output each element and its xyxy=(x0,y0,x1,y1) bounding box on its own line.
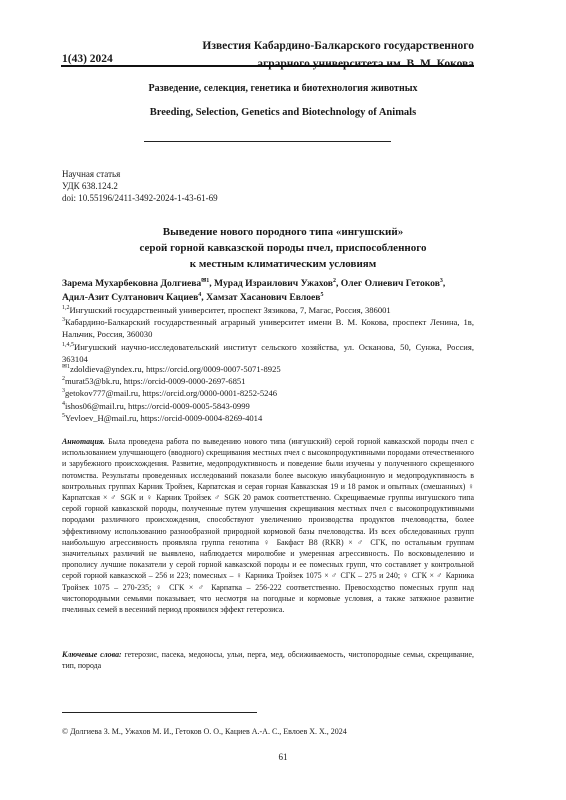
article-title-line1: Выведение нового породного типа «ингушск… xyxy=(0,224,566,240)
issue-number: 1(43) 2024 xyxy=(62,53,113,65)
journal-title-line2: аграрного университета им. В. М. Кокова xyxy=(202,55,474,73)
author-mark: 2 xyxy=(333,278,336,284)
author-mark: 4 xyxy=(198,291,201,297)
contact-item: ✉1zdoldieva@yndex.ru, https://orcid.org/… xyxy=(62,363,474,375)
keywords-label: Ключевые слова: xyxy=(62,650,122,659)
article-title: Выведение нового породного типа «ингушск… xyxy=(0,224,566,272)
contact-item: 3getokov777@mail.ru, https://orcid.org/0… xyxy=(62,387,474,399)
affiliations: 1,2Ингушский государственный университет… xyxy=(62,304,474,365)
article-type: Научная статья xyxy=(62,168,218,180)
section-title-ru: Разведение, селекция, генетика и биотехн… xyxy=(0,83,566,94)
section-rule xyxy=(144,141,391,142)
doi[interactable]: doi: 10.55196/2411-3492-2024-1-43-61-69 xyxy=(62,192,218,204)
abstract: Аннотация. Была проведена работа по выве… xyxy=(62,436,474,615)
affiliation-text: Ингушский научно-исследовательский инсти… xyxy=(62,342,474,364)
header-rule xyxy=(61,65,474,67)
author-name: Зарема Мухарбековна Долгиева xyxy=(62,278,201,289)
envelope-icon: ✉1 xyxy=(62,364,70,370)
author-name: Хамзат Хасанович Евлоев xyxy=(206,292,320,303)
copyright: © Долгиева З. М., Ужахов М. И., Гетоков … xyxy=(62,727,347,736)
contact-link[interactable]: Yevloev_H@mail.ru, https://orcid-0009-00… xyxy=(65,413,262,423)
udk-code: УДК 638.124.2 xyxy=(62,180,218,192)
article-meta: Научная статья УДК 638.124.2 doi: 10.551… xyxy=(62,168,218,204)
author-mark: ✉1 xyxy=(201,278,209,284)
author-name: Адил-Азит Султанович Кациев xyxy=(62,292,198,303)
keywords-text: гетерозис, пасека, медоносы, ульи, перга… xyxy=(62,650,474,670)
affiliation-text: Кабардино-Балкарский государственный агр… xyxy=(62,317,474,339)
contact-item: 5Yevloev_H@mail.ru, https://orcid-0009-0… xyxy=(62,412,474,424)
section-title-en: Breeding, Selection, Genetics and Biotec… xyxy=(0,107,566,118)
affiliation-mark: 1,2 xyxy=(62,305,70,311)
article-title-line3: к местным климатическим условиям xyxy=(0,256,566,272)
affiliation-item: 3Кабардино-Балкарский государственный аг… xyxy=(62,316,474,340)
author-name: Мурад Израилович Ужахов xyxy=(214,278,333,289)
affiliation-item: 1,2Ингушский государственный университет… xyxy=(62,304,474,316)
author-list: Зарема Мухарбековна Долгиева✉1, Мурад Из… xyxy=(62,277,474,304)
author-mark: 5 xyxy=(320,291,323,297)
contact-link[interactable]: zdoldieva@yndex.ru, https://orcid.org/00… xyxy=(70,364,281,374)
keywords: Ключевые слова: гетерозис, пасека, медон… xyxy=(62,649,474,671)
contact-item: 2murat53@bk.ru, https://orcid-0009-0000-… xyxy=(62,375,474,387)
author-mark: 3 xyxy=(440,278,443,284)
affiliation-text: Ингушский государственный университет, п… xyxy=(70,305,391,315)
footnote-rule xyxy=(62,712,257,713)
affiliation-mark: 1,4,5 xyxy=(62,342,74,348)
contact-link[interactable]: ishos06@mail.ru, https://orcid-0009-0005… xyxy=(65,401,250,411)
abstract-label: Аннотация. xyxy=(62,437,105,446)
journal-title-line1: Известия Кабардино-Балкарского государст… xyxy=(202,37,474,55)
contact-link[interactable]: murat53@bk.ru, https://orcid-0009-0000-2… xyxy=(65,376,245,386)
page-number: 61 xyxy=(0,752,566,762)
affiliation-item: 1,4,5Ингушский научно-исследовательский … xyxy=(62,341,474,365)
journal-title: Известия Кабардино-Балкарского государст… xyxy=(202,37,474,73)
contact-item: 4ishos06@mail.ru, https://orcid-0009-000… xyxy=(62,400,474,412)
abstract-text: Была проведена работа по выведению новог… xyxy=(62,437,474,614)
contact-link[interactable]: getokov777@mail.ru, https://orcid.org/00… xyxy=(65,388,277,398)
contact-list: ✉1zdoldieva@yndex.ru, https://orcid.org/… xyxy=(62,363,474,424)
author-name: Олег Олиевич Гетоков xyxy=(341,278,440,289)
article-title-line2: серой горной кавказской породы пчел, при… xyxy=(0,240,566,256)
